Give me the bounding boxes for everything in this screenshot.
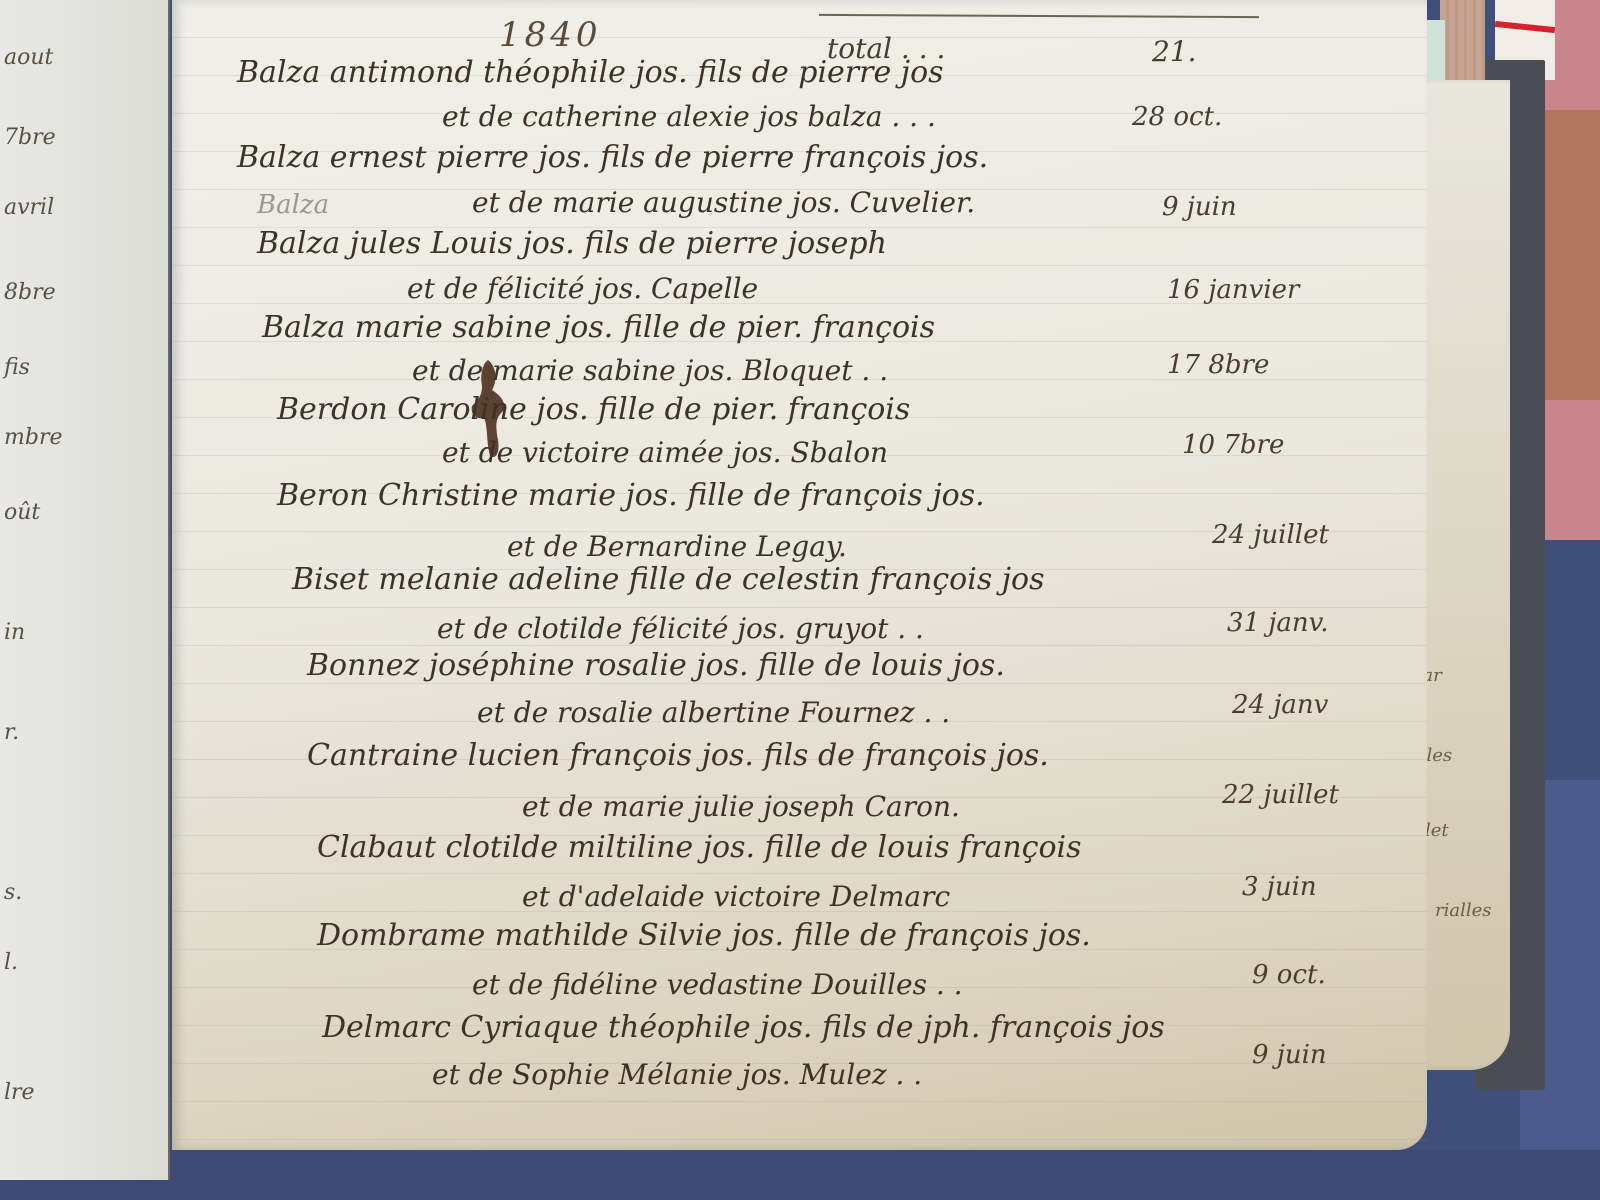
- entry-parents-line: et de marie julie joseph Caron.: [522, 790, 960, 823]
- entry-parents-line: et de Sophie Mélanie jos. Mulez . .: [432, 1058, 922, 1091]
- entry-parents-line: et d'adelaide victoire Delmarc: [522, 880, 950, 913]
- entry-parents-line: et de rosalie albertine Fournez . .: [477, 696, 950, 729]
- entry-name-line: Berdon Caroline jos. fille de pier. fran…: [277, 392, 910, 427]
- entry-date: 9 juin: [1162, 192, 1237, 222]
- entry-name-line: Cantraine lucien françois jos. fils de f…: [307, 738, 1049, 773]
- entry-parents-line: et de clotilde félicité jos. gruyot . .: [437, 612, 924, 645]
- entry-name-line: Balza jules Louis jos. fils de pierre jo…: [257, 226, 887, 261]
- entry-name-line: Beron Christine marie jos. fille de fran…: [277, 478, 985, 513]
- entry-name-line: Balza marie sabine jos. fille de pier. f…: [262, 310, 935, 345]
- total-value: 21.: [1152, 35, 1197, 68]
- entry-name-line: Delmarc Cyriaque théophile jos. fils de …: [322, 1010, 1165, 1045]
- entry-name-line: Bonnez joséphine rosalie jos. fille de l…: [307, 648, 1005, 683]
- struck-margin-word: Balza: [257, 190, 329, 220]
- entry-parents-line: et de félicité jos. Capelle: [407, 272, 758, 305]
- entry-name-line: Biset melanie adeline fille de celestin …: [292, 562, 1045, 597]
- margin-note: l.: [4, 950, 18, 975]
- margin-note: oût: [4, 500, 40, 525]
- margin-note: aout: [4, 45, 53, 70]
- entry-date: 17 8bre: [1167, 350, 1269, 380]
- margin-note: 8bre: [4, 280, 56, 305]
- entry-date: 22 juillet: [1222, 780, 1339, 810]
- entry-date: 3 juin: [1242, 872, 1317, 902]
- background-blue-cloth-bottom: [0, 1150, 1600, 1200]
- entry-name-line: Dombrame mathilde Silvie jos. fille de f…: [317, 918, 1091, 953]
- entry-date: 28 oct.: [1132, 102, 1222, 132]
- background-wood: [1545, 110, 1600, 400]
- entry-parents-line: et de marie augustine jos. Cuvelier.: [472, 186, 975, 219]
- entry-date: 9 juin: [1252, 1040, 1327, 1070]
- margin-note: mbre: [4, 425, 62, 450]
- margin-note: fis: [4, 355, 30, 380]
- edge-note: rialles: [1435, 900, 1492, 921]
- entry-name-line: Balza ernest pierre jos. fils de pierre …: [237, 140, 988, 175]
- left-page: aout 7bre avril 8bre fis mbre oût in r. …: [0, 0, 170, 1180]
- entry-date: 31 janv.: [1227, 608, 1329, 638]
- register-year: 1840: [499, 15, 602, 55]
- register-page: 1840 total . . . 21. Balza Balza antimon…: [172, 0, 1427, 1150]
- entry-date: 24 juillet: [1212, 520, 1329, 550]
- entry-date: 10 7bre: [1182, 430, 1284, 460]
- margin-note: lre: [4, 1080, 35, 1105]
- edge-note: let: [1425, 820, 1449, 841]
- entry-date: 16 janvier: [1167, 275, 1299, 305]
- entry-name-line: Balza antimond théophile jos. fils de pi…: [237, 55, 944, 90]
- margin-note: 7bre: [4, 125, 56, 150]
- entry-date: 24 janv: [1232, 690, 1328, 720]
- entry-parents-line: et de marie sabine jos. Bloquet . .: [412, 354, 888, 387]
- margin-note: avril: [4, 195, 54, 220]
- entry-date: 9 oct.: [1252, 960, 1326, 990]
- entry-parents-line: et de catherine alexie jos balza . . .: [442, 100, 936, 133]
- margin-note: s.: [4, 880, 22, 905]
- entry-name-line: Clabaut clotilde miltiline jos. fille de…: [317, 830, 1082, 865]
- entry-parents-line: et de fidéline vedastine Douilles . .: [472, 968, 963, 1001]
- entry-parents-line: et de victoire aimée jos. Sbalon: [442, 436, 888, 469]
- margin-note: in: [4, 620, 25, 645]
- entry-parents-line: et de Bernardine Legay.: [507, 530, 847, 563]
- margin-note: r.: [4, 720, 19, 745]
